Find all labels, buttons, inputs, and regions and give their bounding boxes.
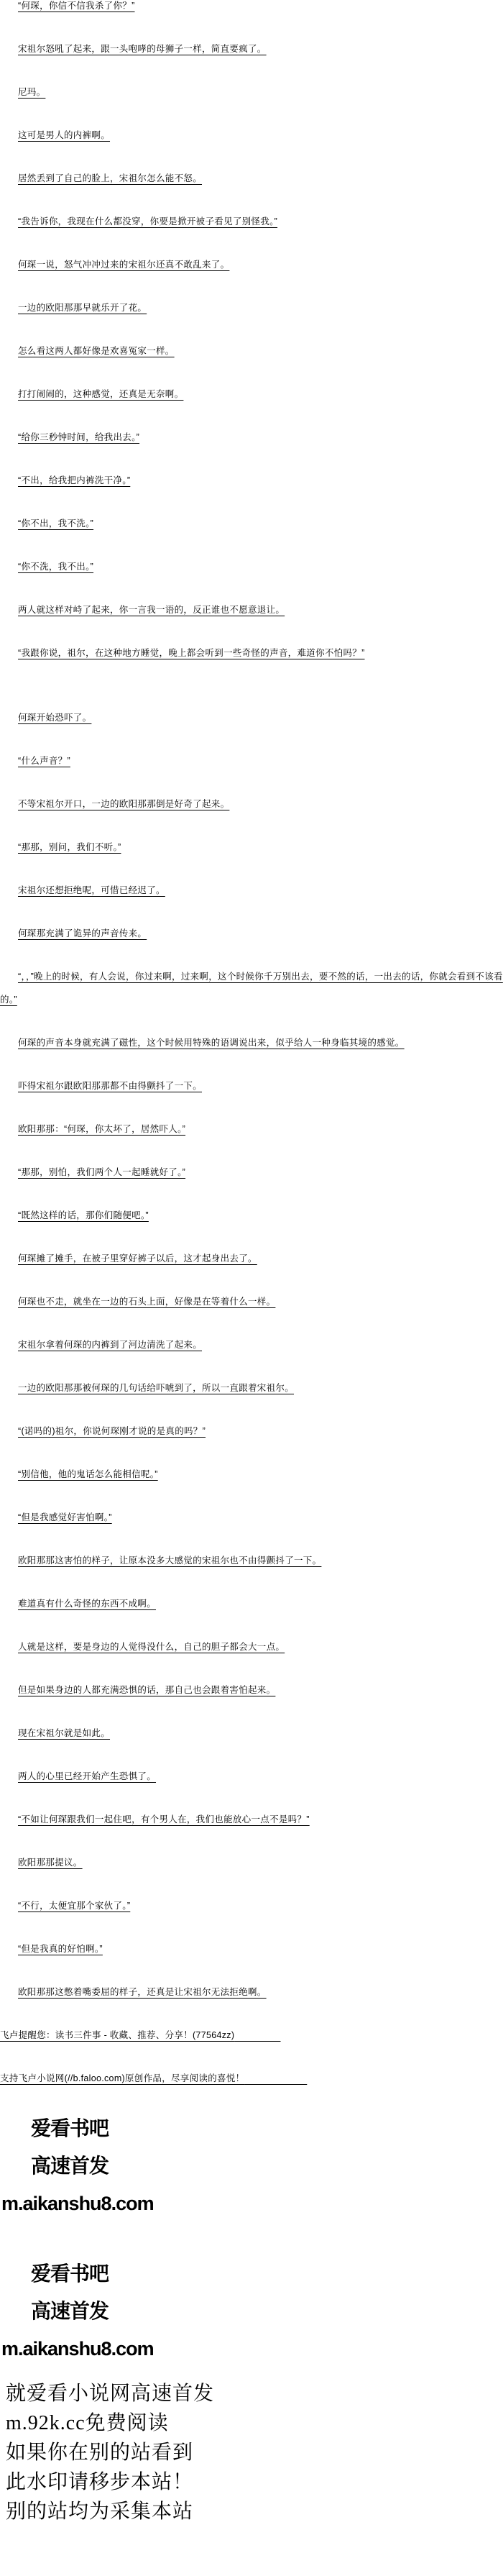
trailing-underline — [234, 2030, 280, 2040]
site-promo-line: 高速首发 — [0, 2293, 503, 2330]
novel-paragraph: 现在宋祖尔就是如此。 — [0, 1722, 503, 1745]
novel-paragraph: 一边的欧阳那那被何琛的几句话给吓唬到了，所以一直跟着宋祖尔。 — [0, 1376, 503, 1399]
novel-paragraph: 何琛开始恐吓了。 — [0, 706, 503, 729]
novel-paragraph: “不出，给我把内裤洗干净。” — [0, 469, 503, 492]
novel-paragraph: 宋祖尔拿着何琛的内裤到了河边清洗了起来。 — [0, 1333, 503, 1356]
novel-paragraph: 何琛摊了摊手，在被子里穿好裤子以后，这才起身出去了。 — [0, 1247, 503, 1270]
novel-paragraph: 怎么看这两人都好像是欢喜冤家一样。 — [0, 339, 503, 362]
site-promo-block: 爱看书吧高速首发m.aikanshu8.com — [0, 2110, 503, 2222]
novel-paragraph: 宋祖尔还想拒绝呢，可惜已经迟了。 — [0, 879, 503, 902]
novel-paragraph: “不行，太便宜那个家伙了。” — [0, 1894, 503, 1917]
watermark-line: m.92k.cc免费阅读 — [0, 2408, 503, 2438]
novel-paragraph: 一边的欧阳那那早就乐开了花。 — [0, 296, 503, 319]
novel-paragraph: “给你三秒钟时间，给我出去。” — [0, 426, 503, 449]
novel-paragraph: “不如让何琛跟我们一起住吧，有个男人在，我们也能放心一点不是吗？” — [0, 1808, 503, 1831]
novel-paragraph: 何琛一说，怒气冲冲过来的宋祖尔还真不敢乱来了。 — [0, 253, 503, 276]
novel-paragraph: 难道真有什么奇怪的东西不成啊。 — [0, 1592, 503, 1615]
novel-paragraph: “什么声音？” — [0, 749, 503, 772]
site-promo-section: 爱看书吧高速首发m.aikanshu8.com爱看书吧高速首发m.aikansh… — [0, 2110, 503, 2367]
novel-paragraph: 宋祖尔怒吼了起来，跟一头咆哮的母狮子一样，简直要疯了。 — [0, 37, 503, 60]
novel-paragraph: “别信他，他的鬼话怎么能相信呢。” — [0, 1463, 503, 1486]
footer-note-line: 支持飞卢小说网(//b.faloo.com)原创作品，尽享阅读的喜悦！ — [0, 2067, 503, 2090]
watermark-section: 就爱看小说网高速首发m.92k.cc免费阅读如果你在别的站看到此水印请移步本站！… — [0, 2379, 503, 2534]
novel-paragraph: “，，”晚上的时候，有人会说，你过来啊，过来啊，这个时候你千万别出去，要不然的话… — [0, 965, 503, 1011]
watermark-line: 别的站均为采集本站 — [0, 2497, 503, 2526]
novel-paragraph: 尼玛。 — [0, 81, 503, 104]
novel-paragraph: 人就是这样，要是身边的人觉得没什么，自己的胆子都会大一点。 — [0, 1635, 503, 1658]
novel-paragraph: 不等宋祖尔开口，一边的欧阳那那倒是好奇了起来。 — [0, 793, 503, 816]
site-promo-line: 爱看书吧 — [0, 2255, 503, 2293]
novel-paragraph: 吓得宋祖尔跟欧阳那那都不由得颤抖了一下。 — [0, 1074, 503, 1097]
novel-paragraph: “(诺吗的)祖尔，你说何琛刚才说的是真的吗？” — [0, 1420, 503, 1443]
novel-paragraph: 欧阳那那这憋着嘴委屈的样子，还真是让宋祖尔无法拒绝啊。 — [0, 1981, 503, 2004]
novel-paragraph: “你不出，我不洗。” — [0, 512, 503, 535]
novel-paragraph: 居然丢到了自己的脸上，宋祖尔怎么能不怒。 — [0, 167, 503, 190]
site-promo-line: 爱看书吧 — [0, 2110, 503, 2147]
novel-paragraph: 两人的心里已经开始产生恐惧了。 — [0, 1765, 503, 1788]
trailing-underline — [244, 2073, 307, 2083]
site-promo-line: 高速首发 — [0, 2147, 503, 2185]
watermark-line: 此水印请移步本站！ — [0, 2467, 503, 2497]
novel-paragraph: 何琛的声音本身就充满了磁性，这个时候用特殊的语调说出来，似乎给人一种身临其境的感… — [0, 1031, 503, 1054]
novel-paragraph: 两人就这样对峙了起来，你一言我一语的，反正谁也不愿意退让。 — [0, 598, 503, 621]
site-domain-text: m.aikanshu8.com — [0, 2330, 503, 2367]
novel-paragraph: “我告诉你，我现在什么都没穿，你要是掀开被子看见了别怪我。” — [0, 210, 503, 233]
footer-note-line: 飞卢提醒您：读书三件事 - 收藏、推荐、分享！(77564zz) — [0, 2024, 503, 2047]
watermark-line: 如果你在别的站看到 — [0, 2438, 503, 2467]
novel-paragraph: 何琛也不走，就坐在一边的石头上面，好像是在等着什么一样。 — [0, 1290, 503, 1313]
novel-paragraph: 何琛那充满了诡异的声音传来。 — [0, 922, 503, 945]
novel-paragraph: “但是我真的好怕啊。” — [0, 1937, 503, 1960]
novel-paragraph: “你不洗，我不出。” — [0, 555, 503, 578]
chapter-text: “何琛，你信不信我杀了你？”宋祖尔怒吼了起来，跟一头咆哮的母狮子一样，简直要疯了… — [0, 0, 503, 2090]
novel-paragraph: “我跟你说，祖尔，在这种地方睡觉，晚上都会听到一些奇怪的声音，难道你不怕吗？” — [0, 641, 503, 664]
novel-paragraph: 打打闹闹的，这种感觉，还真是无奈啊。 — [0, 383, 503, 406]
site-domain-text: m.aikanshu8.com — [0, 2185, 503, 2222]
novel-paragraph: “既然这样的话，那你们随便吧。” — [0, 1204, 503, 1227]
novel-paragraph: 但是如果身边的人都充满恐惧的话，那自己也会跟着害怕起来。 — [0, 1678, 503, 1702]
novel-paragraph: 这可是男人的内裤啊。 — [0, 124, 503, 147]
novel-paragraph: “何琛，你信不信我杀了你？” — [0, 0, 503, 17]
novel-paragraph: “那那，别怕，我们两个人一起睡就好了。” — [0, 1161, 503, 1184]
novel-paragraph: 欧阳那那：“何琛，你太坏了，居然吓人。” — [0, 1118, 503, 1141]
novel-paragraph: 欧阳那那这害怕的样子，让原本没多大感觉的宋祖尔也不由得颤抖了一下。 — [0, 1549, 503, 1572]
novel-paragraph: “但是我感觉好害怕啊。” — [0, 1506, 503, 1529]
novel-reader-page: “何琛，你信不信我杀了你？”宋祖尔怒吼了起来，跟一头咆哮的母狮子一样，简直要疯了… — [0, 0, 503, 2534]
novel-paragraph: “那那，别问，我们不听。” — [0, 836, 503, 859]
watermark-line: 就爱看小说网高速首发 — [0, 2379, 503, 2408]
site-promo-block: 爱看书吧高速首发m.aikanshu8.com — [0, 2255, 503, 2367]
novel-paragraph: 欧阳那那提议。 — [0, 1851, 503, 1874]
